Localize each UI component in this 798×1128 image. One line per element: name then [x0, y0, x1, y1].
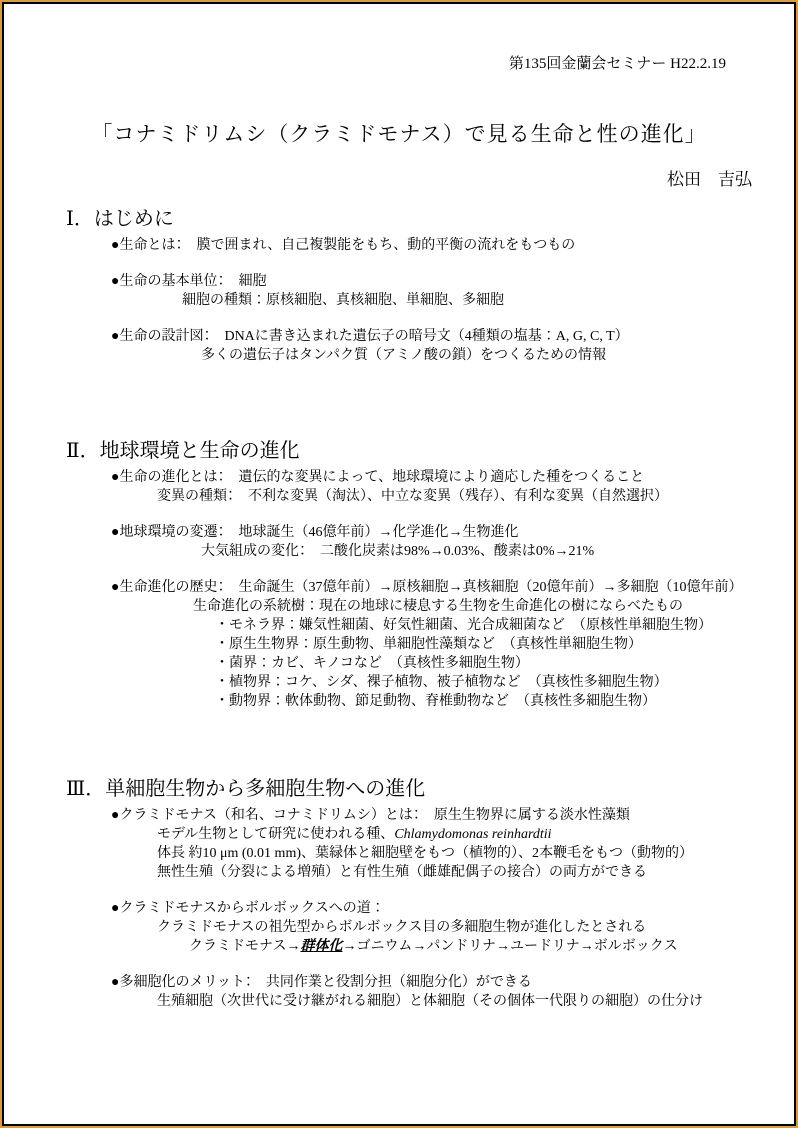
line-model-organism: モデル生物として研究に使われる種、Chlamydomonas reinhardt…	[157, 825, 794, 844]
chain-suffix-text: →ゴニウム→パンドリナ→ユードリナ→ボルボックス	[342, 939, 677, 954]
line-earth-history: ●地球環境の変遷： 地球誕生（46億年前）→化学進化→生物進化	[111, 523, 794, 542]
line-body-features: 体長 約10 μm (0.01 mm)、葉緑体と細胞壁をもつ（植物的）、2本鞭毛…	[157, 844, 794, 863]
line-kingdom-monera: ・モネラ界：嫌気性細菌、好気性細菌、光合成細菌など （原核性単細胞生物）	[215, 616, 794, 635]
section-introduction: Ⅰ．はじめに ●生命とは： 膜で囲まれ、自己複製能をもち、動的平衡の流れをもつも…	[4, 206, 794, 365]
line-multicellular-merit: ●多細胞化のメリット： 共同作業と役割分担（細胞分化）ができる	[111, 973, 794, 992]
section-2-heading: Ⅱ．地球環境と生命の進化	[66, 438, 794, 464]
chain-colony-formation-emphasis: 群体化	[300, 939, 342, 954]
line-atmosphere-change: 大気組成の変化： 二酸化炭素は98%→0.03%、酸素は0%→21%	[201, 542, 794, 561]
line-evolution-chain: クラミドモナス→群体化→ゴニウム→パンドリナ→ユードリナ→ボルボックス	[189, 937, 794, 956]
page-frame: 第135回金蘭会セミナー H22.2.19 「コナミドリムシ（クラミドモナス）で…	[2, 2, 796, 1126]
section-3-heading: Ⅲ．単細胞生物から多細胞生物への進化	[66, 776, 794, 802]
line-evolution-definition: ●生命の進化とは： 遺伝的な変異によって、地球環境により適応した種をつくること	[111, 468, 794, 487]
section-unicellular-to-multicellular: Ⅲ．単細胞生物から多細胞生物への進化 ●クラミドモナス（和名、コナミドリムシ）と…	[4, 776, 794, 1011]
line-cell-types: 細胞の種類：原核細胞、真核細胞、単細胞、多細胞	[182, 291, 794, 310]
line-mutation-types: 変異の種類： 不利な変異（淘汰）、中立な変異（残存）、有利な変異（自然選択）	[157, 487, 794, 506]
document-page: 第135回金蘭会セミナー H22.2.19 「コナミドリムシ（クラミドモナス）で…	[0, 0, 798, 1128]
line-reproduction-modes: 無性生殖（分裂による増殖）と有性生殖（雌雄配偶子の接合）の両方ができる	[157, 863, 794, 882]
line-volvocales-evolution: クラミドモナスの祖先型からボルボックス目の多細胞生物が進化したとされる	[157, 918, 794, 937]
line-life-blueprint: ●生命の設計図： DNAに書き込まれた遺伝子の暗号文（4種類の塩基：A, G, …	[111, 327, 794, 346]
chain-prefix-text: クラミドモナス→	[189, 939, 300, 954]
section-earth-environment-evolution: Ⅱ．地球環境と生命の進化 ●生命の進化とは： 遺伝的な変異によって、地球環境によ…	[4, 438, 794, 711]
document-title: 「コナミドリムシ（クラミドモナス）で見る生命と性の進化」	[4, 120, 794, 148]
line-life-definition: ●生命とは： 膜で囲まれ、自己複製能をもち、動的平衡の流れをもつもの	[111, 236, 794, 255]
species-name-italic: Chlamydomonas reinhardtii	[394, 827, 551, 842]
line-genes-protein-info: 多くの遺伝子はタンパク質（アミノ酸の鎖）をつくるための情報	[201, 346, 794, 365]
section-1-heading: Ⅰ．はじめに	[66, 206, 794, 232]
line-life-evolution-history: ●生命進化の歴史： 生命誕生（37億年前）→原核細胞→真核細胞（20億年前）→多…	[111, 578, 794, 597]
line-kingdom-animalia: ・動物界：軟体動物、節足動物、脊椎動物など （真核性多細胞生物）	[215, 692, 794, 711]
author-name: 松田 吉弘	[4, 169, 794, 191]
line-road-to-volvox: ●クラミドモナスからボルボックスへの道：	[111, 899, 794, 918]
line-phylogenetic-tree: 生命進化の系統樹：現在の地球に棲息する生物を生命進化の樹にならべたもの	[193, 597, 794, 616]
line-chlamydomonas-definition: ●クラミドモナス（和名、コナミドリムシ）とは： 原生生物界に属する淡水性藻類	[111, 806, 794, 825]
seminar-header: 第135回金蘭会セミナー H22.2.19	[4, 54, 794, 74]
line-life-basic-unit: ●生命の基本単位： 細胞	[111, 272, 794, 291]
model-organism-text: モデル生物として研究に使われる種、	[157, 827, 394, 842]
line-kingdom-protista: ・原生生物界：原生動物、単細胞性藻類など （真核性単細胞生物）	[215, 635, 794, 654]
line-germ-soma-cells: 生殖細胞（次世代に受け継がれる細胞）と体細胞（その個体一代限りの細胞）の仕分け	[157, 992, 794, 1011]
line-kingdom-plantae: ・植物界：コケ、シダ、裸子植物、被子植物など （真核性多細胞生物）	[215, 673, 794, 692]
line-kingdom-fungi: ・菌界：カビ、キノコなど （真核性多細胞生物）	[215, 654, 794, 673]
